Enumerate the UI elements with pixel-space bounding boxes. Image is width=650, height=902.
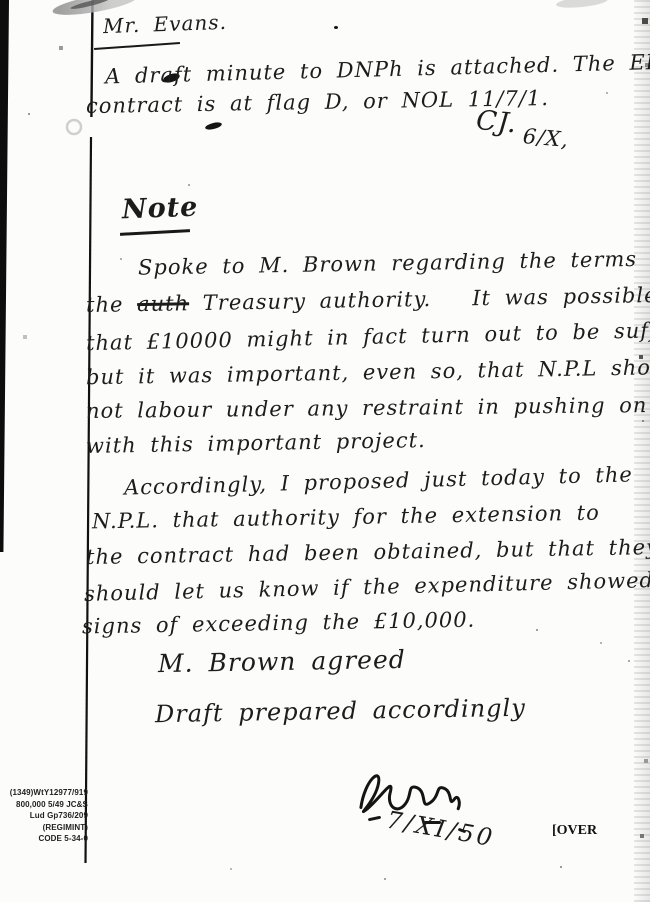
stamp-line-4: (REGIMINT) (0, 822, 88, 834)
draft-prepared-line: Draft prepared accordingly (155, 695, 526, 728)
agreed-line: M. Brown agreed (158, 646, 406, 678)
ink-dot (334, 26, 338, 29)
initials-date-text: 6/X, (522, 124, 570, 152)
crossed-out-word: auth (137, 291, 189, 316)
stamp-line-2: 800,000 5/49 JC&S (0, 799, 88, 811)
scan-noise-specks (0, 0, 2, 2)
scan-right-edge-artifact (634, 0, 650, 902)
stamp-line-3: Lud Gp736/209 (0, 810, 88, 822)
para1-line2-pre: the (86, 292, 137, 317)
printers-code-stamp: (1349)WtY12977/919 800,000 5/49 JC&S Lud… (0, 787, 88, 845)
initials-text: CJ. (475, 105, 519, 139)
punch-hole-artifact (67, 120, 81, 134)
scanned-memo-page: Mr. Evans. A draft minute to DNPh is att… (0, 0, 650, 902)
stamp-line-1: (1349)WtY12977/919 (0, 787, 88, 799)
note-heading: Note (122, 193, 199, 225)
stamp-line-5: CODE 5-34-0 (0, 833, 88, 845)
over-marker: [OVER (552, 823, 597, 839)
addressee-line: Mr. Evans. (103, 11, 228, 37)
